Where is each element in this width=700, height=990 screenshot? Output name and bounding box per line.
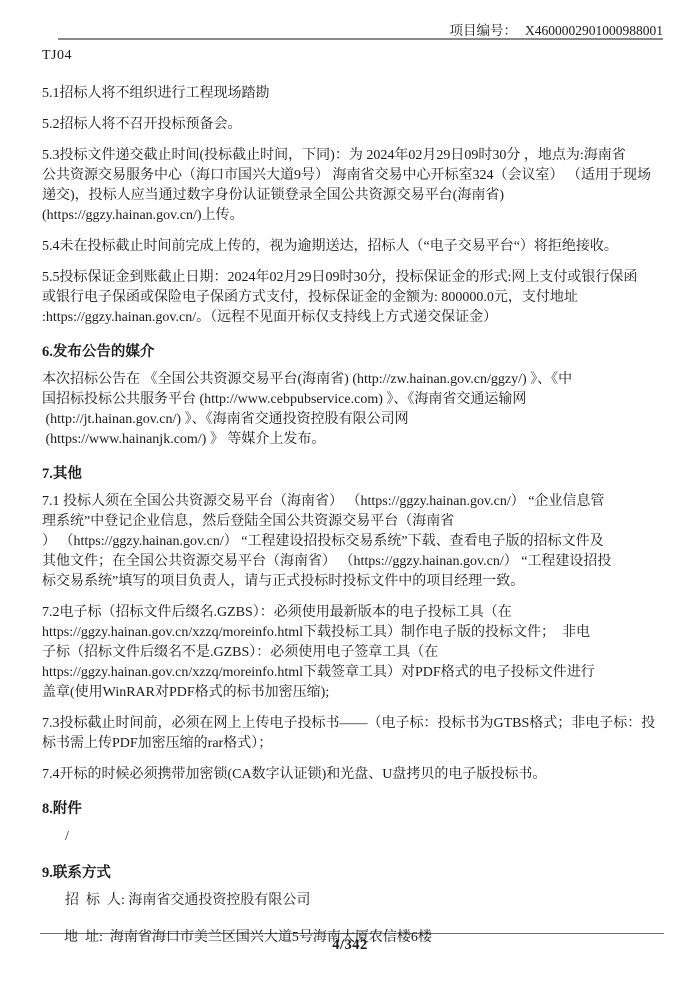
- document-page: 项目编号：X4600002901000988001 TJ04 5.1招标人将不组…: [0, 0, 700, 990]
- paragraph-5-4: 5.4未在投标截止时间前完成上传的，视为逾期送达，招标人（“电子交易平台“）将拒…: [42, 237, 668, 257]
- header-divider: [58, 38, 663, 40]
- document-body: TJ04 5.1招标人将不组织进行工程现场踏勘 5.2招标人将不召开投标预备会。…: [42, 46, 668, 922]
- heading-section-8: 8.附件: [42, 799, 668, 819]
- doc-code: TJ04: [42, 46, 668, 66]
- paragraph-5-2: 5.2招标人将不召开投标预备会。: [42, 115, 668, 135]
- paragraph-7-1: 7.1 投标人须在全国公共资源交易平台（海南省） （https://ggzy.h…: [42, 492, 668, 592]
- paragraph-7-3: 7.3投标截止时间前，必须在网上上传电子投标书——（电子标：投标书为GTBS格式…: [42, 714, 668, 754]
- paragraph-5-5: 5.5投标保证金到账截止日期：2024年02月29日09时30分，投标保证金的形…: [42, 268, 668, 328]
- project-number-label: 项目编号：: [450, 23, 518, 38]
- paragraph-7-4: 7.4开标的时候必须携带加密锁(CA数字认证锁)和光盘、U盘拷贝的电子版投标书。: [42, 765, 668, 785]
- paragraph-6: 本次招标公告在 《全国公共资源交易平台(海南省) (http://zw.hain…: [42, 370, 668, 450]
- heading-section-7: 7.其他: [42, 464, 668, 484]
- heading-section-6: 6.发布公告的媒介: [42, 342, 668, 362]
- attachment-placeholder: /: [42, 827, 668, 847]
- tenderer-line: 招 标 人: 海南省交通投资控股有限公司: [42, 891, 668, 911]
- project-number-value: X4600002901000988001: [525, 23, 663, 38]
- paragraph-5-1: 5.1招标人将不组织进行工程现场踏勘: [42, 84, 668, 104]
- paragraph-7-2: 7.2电子标（招标文件后缀名.GZBS）：必须使用最新版本的电子投标工具（在 h…: [42, 603, 668, 703]
- page-number: 4/342: [0, 937, 700, 954]
- heading-section-9: 9.联系方式: [42, 863, 668, 883]
- paragraph-5-3: 5.3投标文件递交截止时间(投标截止时间，下同)：为 2024年02月29日09…: [42, 146, 668, 226]
- project-number: 项目编号：X4600002901000988001: [450, 19, 664, 39]
